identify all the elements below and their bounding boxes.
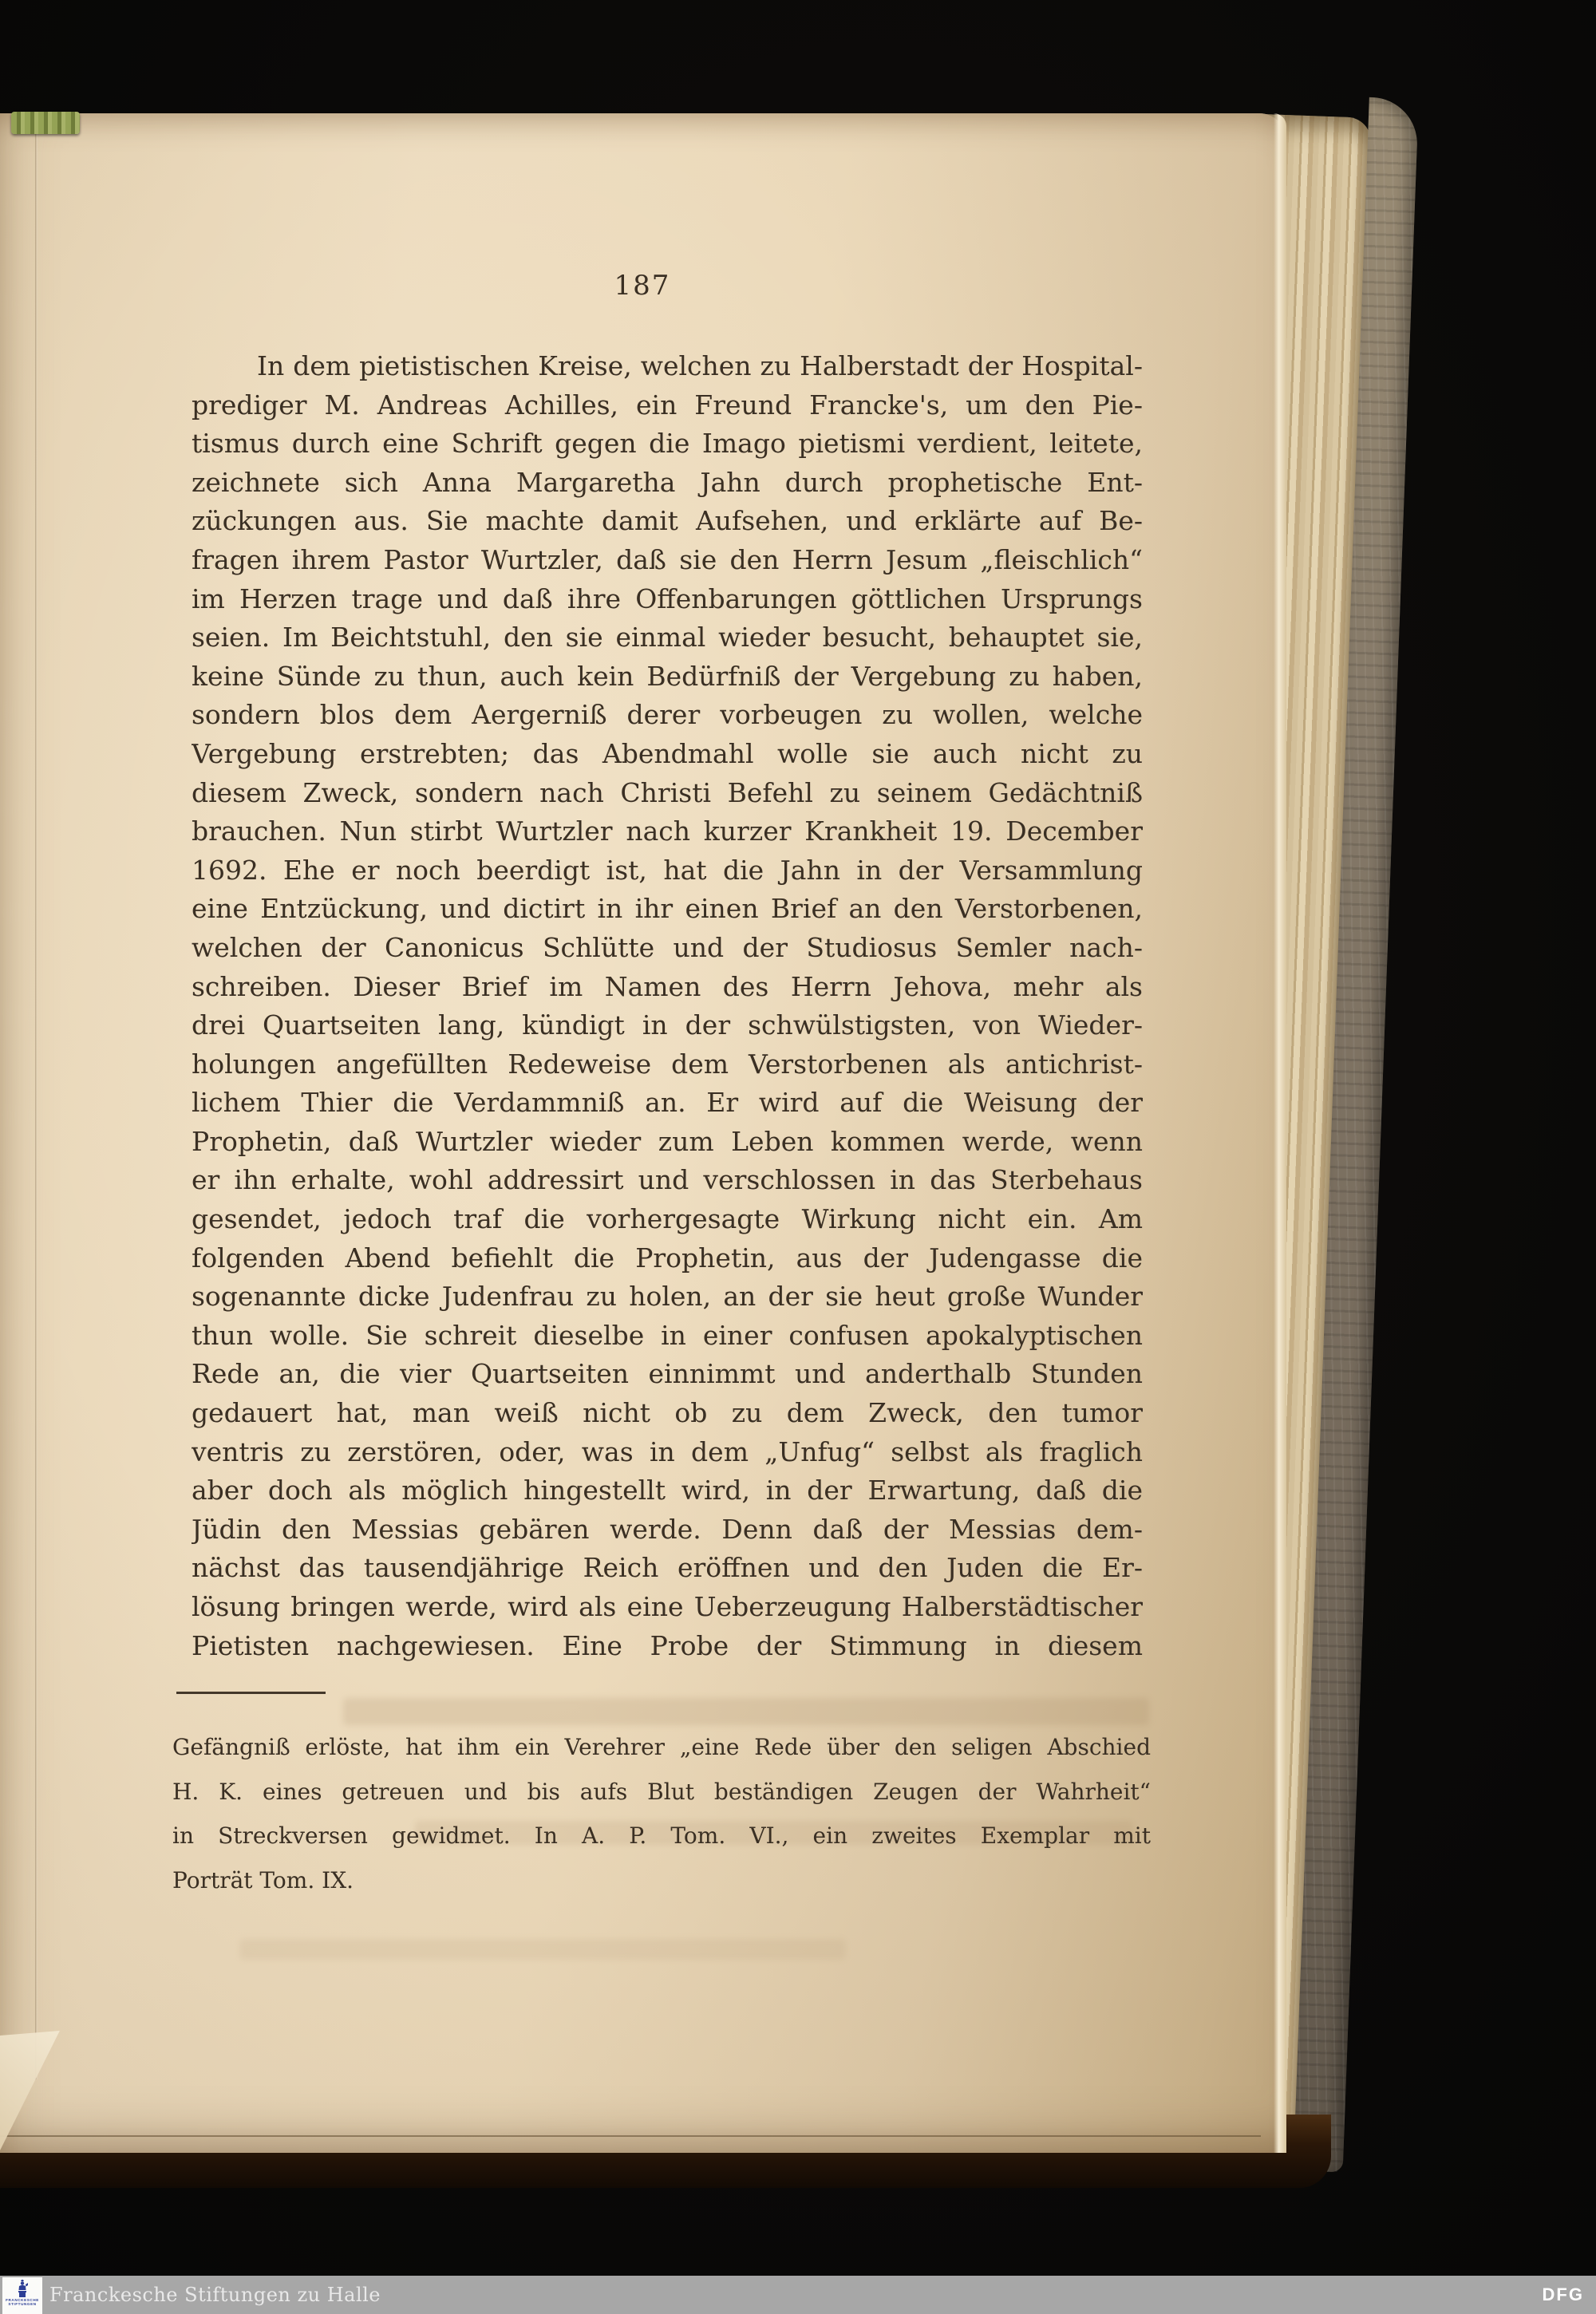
text-line: diesem Zweck, sondern nach Christi Befeh… [192,774,1143,813]
text-line: thun wolle. Sie schreit dieselbe in eine… [192,1317,1143,1356]
text-line: tismus durch eine Schrift gegen die Imag… [192,424,1143,464]
library-name: Franckesche Stiftungen zu Halle [49,2284,381,2306]
page-number: 187 [192,270,1093,302]
text-line: Gefängniß erlöste, hat ihm ein Verehrer … [172,1725,1151,1770]
text-line: aber doch als möglich hingestellt wird, … [192,1471,1143,1510]
text-line: er ihn erhalte, wohl addressirt und vers… [192,1161,1143,1200]
text-line: nächst das tausendjährige Reich eröffnen… [192,1549,1143,1588]
text-line: keine Sünde zu thun, auch kein Bedürfniß… [192,657,1143,697]
text-line: prediger M. Andreas Achilles, ein Freund… [192,386,1143,425]
franckesche-logo: FRANCKESCHE STIFTUNGEN [2,2277,42,2314]
text-line: in Streckversen gewidmet. In A. P. Tom. … [172,1814,1151,1858]
body-text: In dem pietistischen Kreise, welchen zu … [192,347,1143,1665]
text-line: sondern blos dem Aergerniß derer vorbeug… [192,696,1143,735]
text-line: sogenannte dicke Judenfrau zu holen, an … [192,1277,1143,1317]
text-line: welchen der Canonicus Schlütte und der S… [192,929,1143,968]
footnote-rule [176,1692,326,1694]
text-line: H. K. eines getreuen und bis aufs Blut b… [172,1770,1151,1814]
text-line: gedauert hat, man weiß nicht ob zu dem Z… [192,1394,1143,1433]
text-line: ventris zu zerstören, oder, was in dem „… [192,1433,1143,1472]
text-line: brauchen. Nun stirbt Wurtzler nach kurze… [192,812,1143,851]
text-line: gesendet, jedoch traf die vorhergesagte … [192,1200,1143,1239]
text-line: holungen angefüllten Redeweise dem Verst… [192,1045,1143,1084]
page-text-layer: 187 In dem pietistischen Kreise, welchen… [0,0,1596,2314]
text-line: eine Entzückung, und dictirt in ihr eine… [192,890,1143,929]
text-line: folgenden Abend befiehlt die Prophetin, … [192,1239,1143,1278]
text-line: Rede an, die vier Quartseiten einnimmt u… [192,1355,1143,1394]
francke-monument-icon [14,2279,30,2298]
text-line: drei Quartseiten lang, kündigt in der sc… [192,1006,1143,1045]
text-line: Vergebung erstrebten; das Abendmahl woll… [192,735,1143,774]
text-line: schreiben. Dieser Brief im Namen des Her… [192,968,1143,1007]
logo-text-line: STIFTUNGEN [8,2302,36,2306]
text-line: 1692. Ehe er noch beerdigt ist, hat die … [192,851,1143,890]
attribution-bar: FRANCKESCHE STIFTUNGEN Franckesche Stift… [0,2276,1596,2314]
text-line: Jüdin den Messias gebären werde. Denn da… [192,1510,1143,1550]
text-line: seien. Im Beichtstuhl, den sie einmal wi… [192,618,1143,657]
book-scan-photo: 187 In dem pietistischen Kreise, welchen… [0,0,1596,2314]
text-line: In dem pietistischen Kreise, welchen zu … [192,347,1143,386]
dfg-logo: DFG [1543,2284,1584,2305]
text-line: Pietisten nachgewiesen. Eine Probe der S… [192,1627,1143,1666]
text-line: zeichnete sich Anna Margaretha Jahn durc… [192,464,1143,503]
text-line: im Herzen trage und daß ihre Offenbarung… [192,580,1143,619]
text-line: lichem Thier die Verdammniß an. Er wird … [192,1084,1143,1123]
text-line: Prophetin, daß Wurtzler wieder zum Leben… [192,1123,1143,1162]
text-line: zückungen aus. Sie machte damit Aufsehen… [192,502,1143,541]
text-line: Porträt Tom. IX. [172,1858,1151,1903]
footnote: Gefängniß erlöste, hat ihm ein Verehrer … [172,1725,1151,1902]
text-line: fragen ihrem Pastor Wurtzler, daß sie de… [192,541,1143,580]
text-line: lösung bringen werde, wird als eine Uebe… [192,1588,1143,1627]
